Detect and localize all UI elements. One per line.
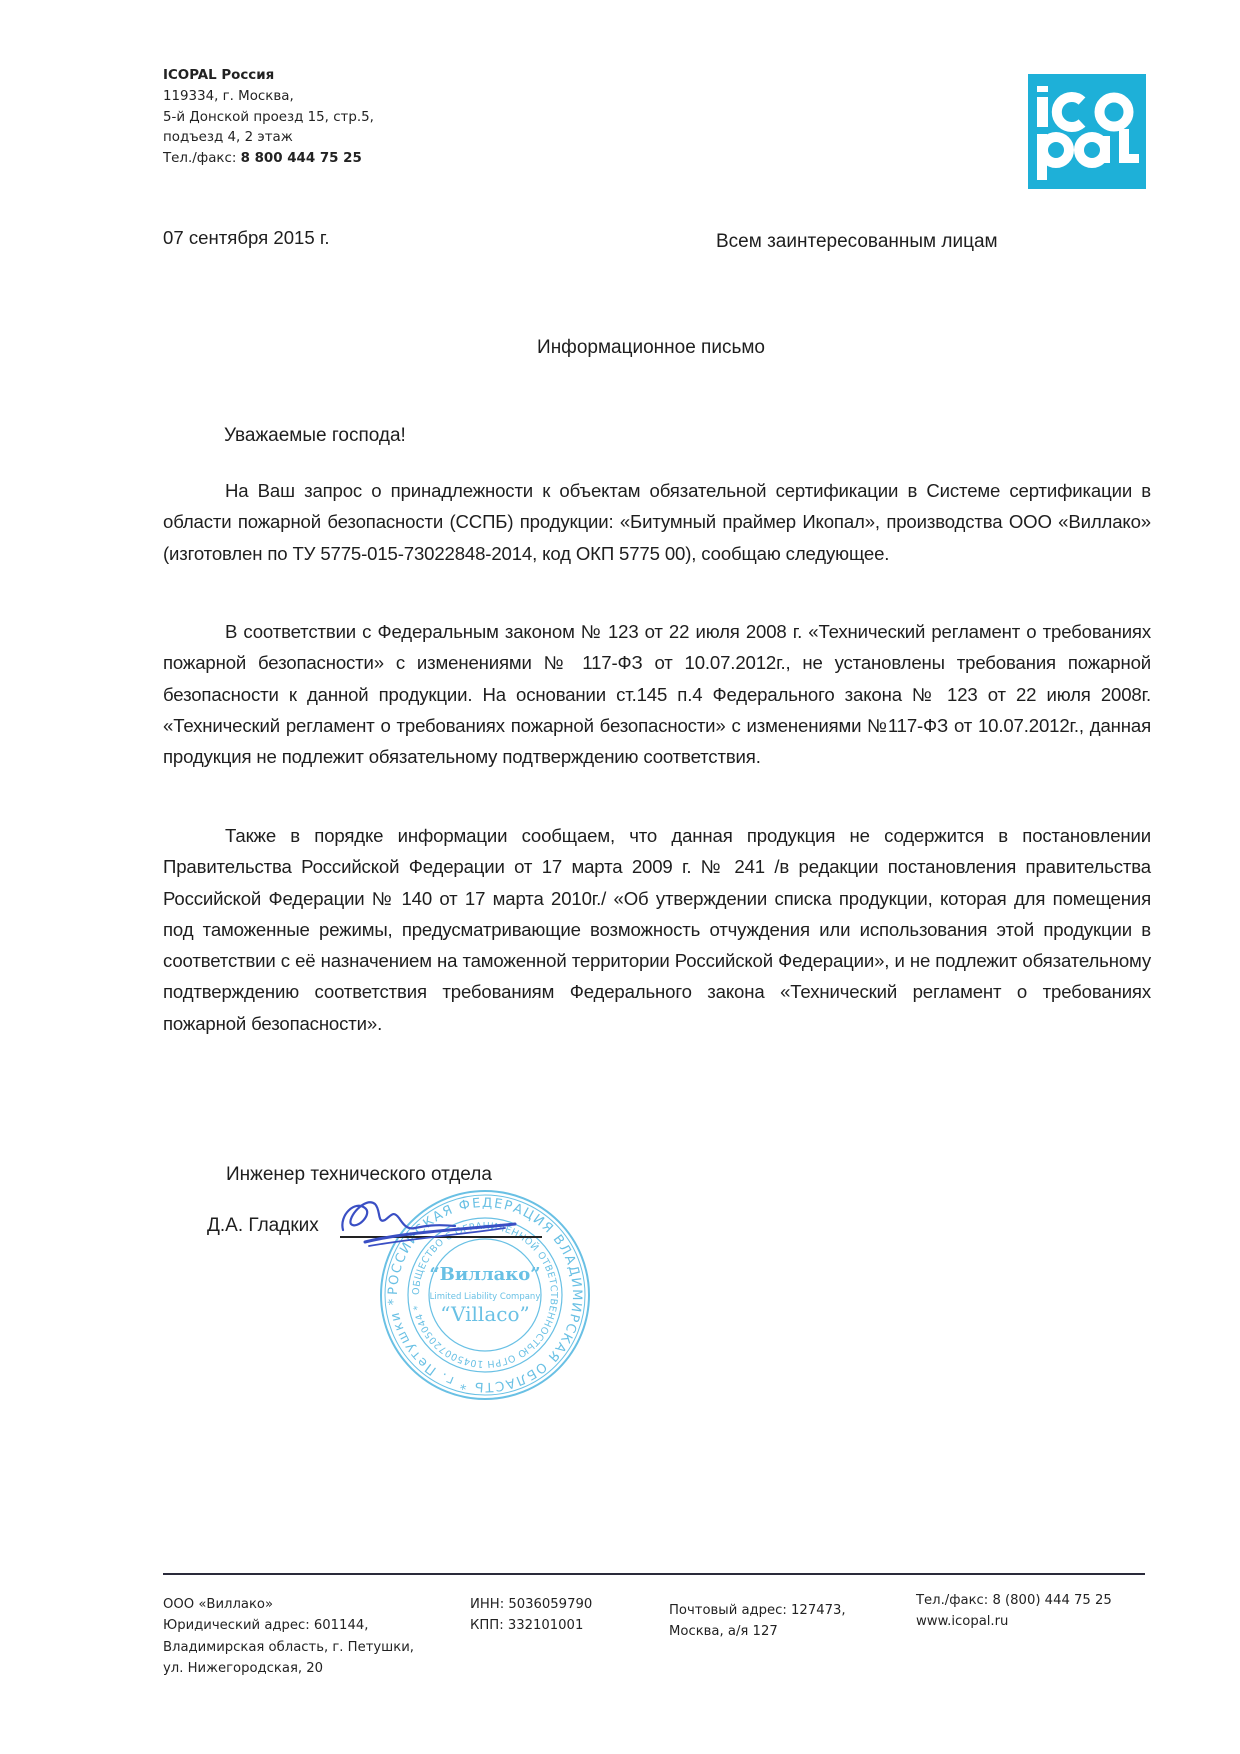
footer-line: Москва, а/я 127 bbox=[669, 1621, 846, 1642]
letter-date: 07 сентября 2015 г. bbox=[163, 227, 330, 249]
footer-line: Владимирская область, г. Петушки, bbox=[163, 1637, 414, 1658]
sender-block: ICOPAL Россия 119334, г. Москва, 5-й Дон… bbox=[163, 66, 374, 170]
footer-kpp: КПП: 332101001 bbox=[470, 1615, 592, 1636]
signatory-name: Д.А. Гладких bbox=[207, 1215, 319, 1237]
footer-divider bbox=[163, 1573, 1145, 1575]
letter-paragraph: Также в порядке информации сообщаем, что… bbox=[163, 820, 1151, 1039]
footer-company-address: ООО «Виллако» Юридический адрес: 601144,… bbox=[163, 1594, 414, 1679]
sender-address-line: 119334, г. Москва, bbox=[163, 87, 374, 108]
letter-paragraph: В соответствии с Федеральным законом № 1… bbox=[163, 616, 1151, 772]
footer-line: Почтовый адрес: 127473, bbox=[669, 1600, 846, 1621]
letter-greeting: Уважаемые господа! bbox=[224, 425, 406, 447]
sender-company: ICOPAL Россия bbox=[163, 66, 374, 87]
footer-tax-ids: ИНН: 5036059790 КПП: 332101001 bbox=[470, 1594, 592, 1637]
sender-address-line: подъезд 4, 2 этаж bbox=[163, 128, 374, 149]
svg-text:“Виллако”: “Виллако” bbox=[429, 1264, 540, 1285]
letter-addressee: Всем заинтересованным лицам bbox=[716, 231, 998, 253]
svg-text:“Villaco”: “Villaco” bbox=[440, 1302, 529, 1326]
sender-phone: Тел./факс: 8 800 444 75 25 bbox=[163, 149, 374, 170]
footer-line: Юридический адрес: 601144, bbox=[163, 1615, 414, 1636]
sender-phone-label: Тел./факс: bbox=[163, 151, 241, 166]
footer-inn: ИНН: 5036059790 bbox=[470, 1594, 592, 1615]
handwritten-signature bbox=[335, 1190, 545, 1260]
signatory-title: Инженер технического отдела bbox=[226, 1164, 492, 1186]
letter-paragraph: На Ваш запрос о принадлежности к объекта… bbox=[163, 475, 1151, 569]
footer-contacts: Тел./факс: 8 (800) 444 75 25 www.icopal.… bbox=[916, 1590, 1112, 1633]
svg-text:Limited Liability Company: Limited Liability Company bbox=[430, 1292, 541, 1302]
footer-postal-address: Почтовый адрес: 127473, Москва, а/я 127 bbox=[669, 1600, 846, 1643]
signature-scribble-icon bbox=[335, 1190, 545, 1260]
footer-line: ул. Нижегородская, 20 bbox=[163, 1658, 414, 1679]
footer-line: ООО «Виллако» bbox=[163, 1594, 414, 1615]
letter-title: Информационное письмо bbox=[0, 337, 1240, 359]
sender-phone-value: 8 800 444 75 25 bbox=[241, 151, 362, 166]
icopal-logo bbox=[1028, 74, 1146, 189]
footer-phone: Тел./факс: 8 (800) 444 75 25 bbox=[916, 1590, 1112, 1611]
footer-website-link[interactable]: www.icopal.ru bbox=[916, 1611, 1112, 1632]
icopal-logo-icon bbox=[1028, 74, 1146, 189]
sender-address-line: 5-й Донской проезд 15, стр.5, bbox=[163, 108, 374, 129]
